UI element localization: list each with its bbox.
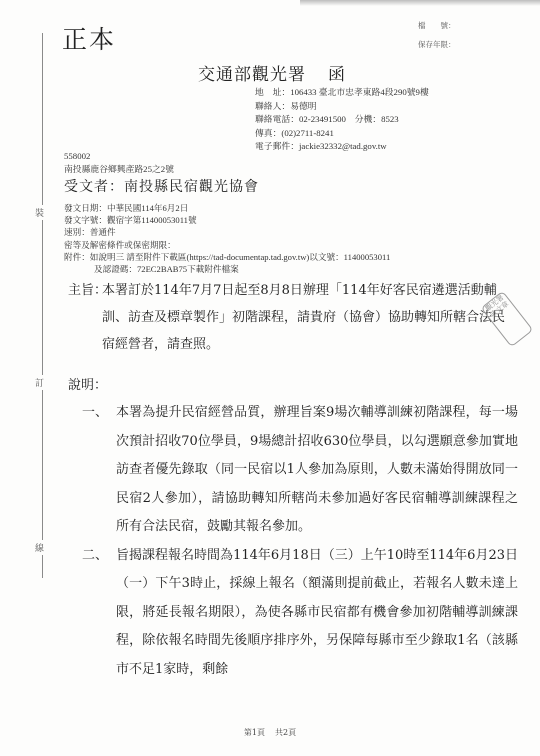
recipient-address: 558002 南投縣鹿谷鄉興產路25之2號 xyxy=(64,150,174,176)
page-total: 共2頁 xyxy=(275,728,296,737)
recipient-postal-code: 558002 xyxy=(64,150,174,163)
document-kind: 函 xyxy=(328,65,346,85)
document-body: 主旨： 本署訂於114年7月7日起至8月8日辦理「114年好客民宿遴選活動輔訓、… xyxy=(68,277,538,684)
binding-mark-xian: 線 xyxy=(35,540,44,555)
page-footer: 第1頁共2頁 xyxy=(0,727,540,738)
subject-text: 本署訂於114年7月7日起至8月8日辦理「114年好客民宿遴選活動輔訓、訪查及標… xyxy=(102,277,506,358)
subject: 主旨： 本署訂於114年7月7日起至8月8日辦理「114年好客民宿遴選活動輔訓、… xyxy=(68,277,538,358)
retention-period-label: 保存年限： xyxy=(418,39,456,50)
document-meta: 發文日期：中華民國114年6月2日 發文字號：觀宿字第11400053011號 … xyxy=(64,202,390,275)
item-number: 一、 xyxy=(82,399,116,542)
classification: 密等及解密條件或保密期限： xyxy=(64,239,390,251)
explanation-item: 一、 本署為提升民宿經營品質，辦理旨案9場次輔導訓練初階課程，每一場次預計招收7… xyxy=(82,399,538,542)
item-number: 二、 xyxy=(82,542,116,685)
item-text: 本署為提升民宿經營品質，辦理旨案9場次輔導訓練初階課程，每一場次預計招收70位學… xyxy=(116,399,518,542)
subject-label: 主旨： xyxy=(68,277,102,358)
delivery-speed: 速別：普通件 xyxy=(64,226,390,238)
explanation-label: 說明： xyxy=(68,372,538,399)
sender-address: 地 址：106433 臺北市忠孝東路4段290號9樓 xyxy=(255,86,429,100)
binding-line xyxy=(42,33,43,578)
issue-date: 發文日期：中華民國114年6月2日 xyxy=(64,202,390,214)
recipient-street-address: 南投縣鹿谷鄉興產路25之2號 xyxy=(64,163,174,176)
agency-name: 交通部觀光署 xyxy=(198,65,306,85)
sender-phone: 聯絡電話：02-23491500 分機：8523 xyxy=(255,113,429,127)
document-number: 發文字號：觀宿字第11400053011號 xyxy=(64,214,390,226)
attachment-line-1[interactable]: 附件：如說明三 請至附件下載區(https://tad-documentap.t… xyxy=(64,251,390,263)
document-title: 交通部觀光署函 xyxy=(198,60,346,85)
page-number: 第1頁 xyxy=(244,728,265,737)
sender-info: 地 址：106433 臺北市忠孝東路4段290號9樓 聯絡人：易德明 聯絡電話：… xyxy=(255,86,429,154)
item-text: 旨揭課程報名時間為114年6月18日（三）上午10時至114年6月23日（一）下… xyxy=(116,542,518,685)
sender-fax: 傳真：(02)2711-8241 xyxy=(255,127,429,141)
scan-edge-shadow xyxy=(300,0,540,6)
recipient: 受文者：南投縣民宿觀光協會 xyxy=(64,176,259,196)
copy-type-stamp: 正本 xyxy=(62,20,116,56)
file-number-label: 檔 號： xyxy=(418,20,456,31)
attachment-line-2: 及認證碼：72EC2BAB75下載附件檔案 xyxy=(64,263,390,275)
sender-contact: 聯絡人：易德明 xyxy=(255,100,429,114)
binding-mark-ding: 訂 xyxy=(35,375,44,390)
binding-mark-zhuang: 裝 xyxy=(35,205,44,220)
explanation-item: 二、 旨揭課程報名時間為114年6月18日（三）上午10時至114年6月23日（… xyxy=(82,542,538,685)
sender-email[interactable]: 電子郵件：jackie32332@tad.gov.tw xyxy=(255,140,429,154)
